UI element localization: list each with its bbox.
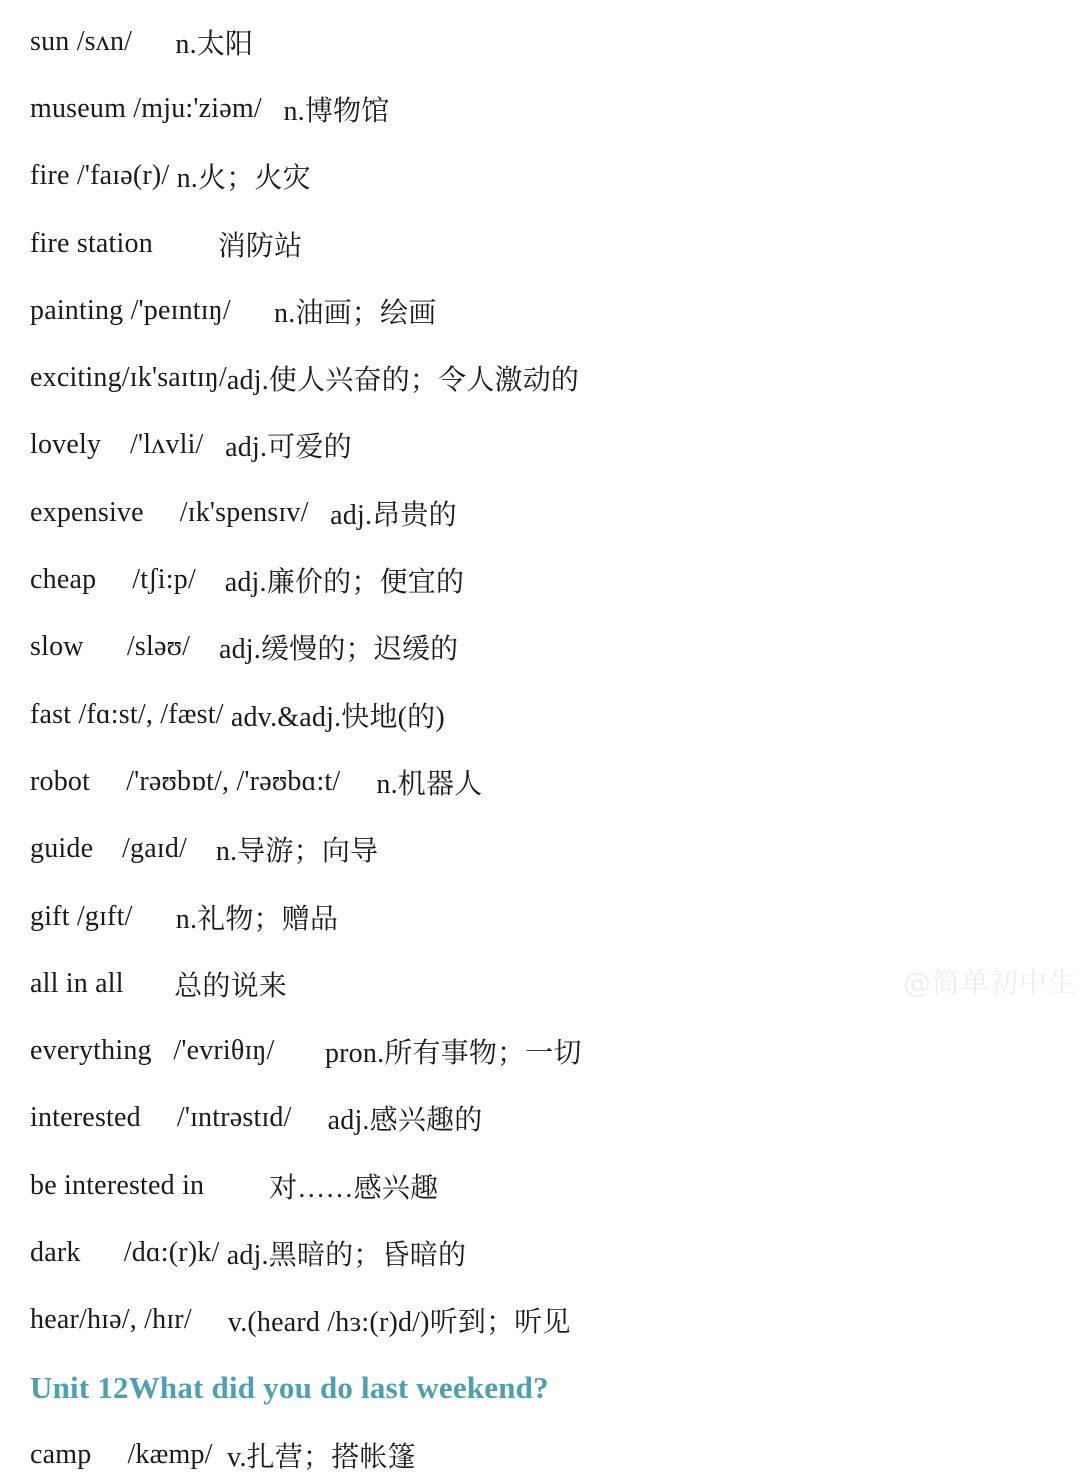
vocab-entry: camp /kæmp/ v.扎营；搭帐篷 — [30, 1421, 1080, 1481]
entry-phonetic: /'ɪntrəstɪd/ — [177, 1102, 292, 1134]
spacing — [70, 901, 77, 933]
spacing — [144, 497, 180, 529]
entry-word: fire — [30, 160, 70, 192]
entry-meaning: adj.感兴趣的 — [328, 1098, 483, 1138]
entry-meaning: n.太阳 — [175, 22, 253, 62]
spacing — [132, 26, 175, 58]
vocab-entry: dark /dɑ:(r)k/ adj.黑暗的；昏暗的 — [30, 1219, 1080, 1286]
entry-word: exciting — [30, 362, 122, 394]
spacing — [84, 631, 127, 663]
entry-meaning: n.火；火灾 — [177, 156, 311, 196]
entry-word: everything — [30, 1035, 152, 1067]
entry-meaning: n.机器人 — [376, 762, 482, 802]
spacing — [70, 26, 77, 58]
spacing — [71, 699, 78, 731]
entry-phonetic: /'rəʊbɒt/, /'rəʊbɑ:t/ — [126, 766, 340, 798]
vocab-entry: interested /'ɪntrəstɪd/ adj.感兴趣的 — [30, 1085, 1080, 1152]
entry-word: cheap — [30, 564, 96, 596]
spacing — [141, 1102, 177, 1134]
vocab-entry: gift /gɪft/ n.礼物；赠品 — [30, 883, 1080, 950]
spacing — [224, 699, 231, 731]
entry-word: sun — [30, 26, 70, 58]
spacing — [309, 497, 331, 529]
entry-phonetic: /sləʊ/ — [127, 631, 190, 663]
entry-meaning: n.导游；向导 — [216, 829, 378, 869]
vocab-entry: all in all 总的说来 — [30, 950, 1080, 1017]
vocab-entry: everything /'evriθɪŋ/ pron.所有事物；一切 — [30, 1017, 1080, 1084]
spacing — [91, 1439, 127, 1471]
vocab-entry: be interested in 对……感兴趣 — [30, 1152, 1080, 1219]
entry-phonetic: /ɪk'saɪtɪŋ/ — [122, 362, 227, 394]
entry-meaning: 总的说来 — [174, 964, 287, 1004]
spacing — [204, 429, 226, 461]
vocab-entry: robot /'rəʊbɒt/, /'rəʊbɑ:t/ n.机器人 — [30, 748, 1080, 815]
entry-meaning: n.礼物；赠品 — [176, 897, 338, 937]
spacing — [196, 564, 225, 596]
spacing — [169, 160, 176, 192]
spacing — [292, 1102, 328, 1134]
entry-phonetic: /kæmp/ — [127, 1439, 212, 1471]
spacing — [153, 228, 218, 260]
spacing — [213, 1439, 227, 1471]
entry-phonetic: /'evriθɪŋ/ — [173, 1035, 274, 1067]
entry-word: lovely — [30, 429, 101, 461]
entry-meaning: v.扎营；搭帐篷 — [227, 1435, 416, 1475]
vocab-entry: slow /sləʊ/ adj.缓慢的；迟缓的 — [30, 614, 1080, 681]
spacing — [93, 833, 122, 865]
entry-word: expensive — [30, 497, 144, 529]
entry-word: all in all — [30, 968, 124, 1000]
entry-phonetic: /mju:'ziəm/ — [133, 93, 262, 125]
entry-word: hear — [30, 1304, 79, 1336]
entry-phonetic: /'faɪə(r)/ — [77, 160, 170, 192]
vocab-entry: museum /mju:'ziəm/ n.博物馆 — [30, 75, 1080, 142]
entry-phonetic: /dɑ:(r)k/ — [124, 1237, 220, 1269]
entry-meaning: adj.可爱的 — [225, 425, 352, 465]
spacing — [340, 766, 376, 798]
entry-word: museum — [30, 93, 126, 125]
entry-word: be interested in — [30, 1170, 204, 1202]
entry-phonetic: /'lʌvli/ — [130, 429, 204, 461]
entry-phonetic: /'peɪntɪŋ/ — [131, 295, 231, 327]
entry-word: fast — [30, 699, 71, 731]
entry-meaning: adj.黑暗的；昏暗的 — [227, 1233, 466, 1273]
entry-word: painting — [30, 295, 123, 327]
vocab-entry: fire /'faɪə(r)/ n.火；火灾 — [30, 143, 1080, 210]
spacing — [190, 631, 219, 663]
vocab-entry: exciting/ɪk'saɪtɪŋ/adj.使人兴奋的；令人激动的 — [30, 344, 1080, 411]
vocab-entry: hear/hɪə/, /hɪr/ v.(heard /hɜ:(r)d/)听到；听… — [30, 1287, 1080, 1354]
spacing — [220, 1237, 227, 1269]
entry-phonetic: /gaɪd/ — [122, 833, 187, 865]
spacing — [126, 93, 133, 125]
spacing — [262, 93, 284, 125]
entry-meaning: adj.缓慢的；迟缓的 — [219, 627, 458, 667]
entry-phonetic: /fɑ:st/, /fæst/ — [78, 699, 223, 731]
spacing — [192, 1304, 228, 1336]
spacing — [152, 1035, 174, 1067]
entry-word: guide — [30, 833, 93, 865]
entry-word: interested — [30, 1102, 141, 1134]
spacing — [101, 429, 130, 461]
vocab-entry: fast /fɑ:st/, /fæst/ adv.&adj.快地(的) — [30, 681, 1080, 748]
entry-phonetic: /sʌn/ — [77, 26, 132, 58]
vocab-entry: fire station 消防站 — [30, 210, 1080, 277]
entry-word: slow — [30, 631, 84, 663]
spacing — [123, 295, 130, 327]
spacing — [90, 766, 126, 798]
spacing — [124, 968, 174, 1000]
vocab-entry: expensive /ɪk'spensɪv/ adj.昂贵的 — [30, 479, 1080, 546]
entry-meaning: 对……感兴趣 — [269, 1166, 438, 1206]
spacing — [81, 1237, 124, 1269]
entry-meaning: adj.使人兴奋的；令人激动的 — [227, 358, 579, 398]
vocab-list: sun /sʌn/ n.太阳museum /mju:'ziəm/ n.博物馆fi… — [0, 0, 1080, 1481]
spacing — [70, 160, 77, 192]
spacing — [204, 1170, 269, 1202]
entry-phonetic: /hɪə/, /hɪr/ — [79, 1304, 192, 1336]
vocab-entry: cheap /tʃi:p/ adj.廉价的；便宜的 — [30, 546, 1080, 613]
vocab-entry: guide /gaɪd/ n.导游；向导 — [30, 816, 1080, 883]
entry-word: fire station — [30, 228, 153, 260]
entry-phonetic: /ɪk'spensɪv/ — [180, 497, 309, 529]
spacing — [231, 295, 274, 327]
vocab-entry: sun /sʌn/ n.太阳 — [30, 8, 1080, 75]
spacing — [275, 1035, 325, 1067]
entry-phonetic: /gɪft/ — [77, 901, 133, 933]
entry-meaning: v.(heard /hɜ:(r)d/)听到；听见 — [228, 1300, 571, 1340]
spacing — [96, 564, 132, 596]
unit-heading: Unit 12What did you do last weekend? — [30, 1354, 1080, 1421]
entry-meaning: n.油画；绘画 — [274, 291, 436, 331]
entry-meaning: adv.&adj.快地(的) — [231, 695, 445, 735]
entry-meaning: adj.昂贵的 — [330, 493, 457, 533]
entry-meaning: adj.廉价的；便宜的 — [225, 560, 464, 600]
entry-meaning: pron.所有事物；一切 — [325, 1031, 582, 1071]
entry-word: gift — [30, 901, 70, 933]
entry-word: robot — [30, 766, 90, 798]
entry-meaning: 消防站 — [218, 224, 303, 264]
spacing — [187, 833, 216, 865]
entry-word: dark — [30, 1237, 81, 1269]
entry-word: camp — [30, 1439, 91, 1471]
vocab-entry: painting /'peɪntɪŋ/ n.油画；绘画 — [30, 277, 1080, 344]
entry-meaning: n.博物馆 — [283, 89, 389, 129]
spacing — [133, 901, 176, 933]
entry-phonetic: /tʃi:p/ — [132, 564, 196, 596]
vocab-entry: lovely /'lʌvli/ adj.可爱的 — [30, 412, 1080, 479]
